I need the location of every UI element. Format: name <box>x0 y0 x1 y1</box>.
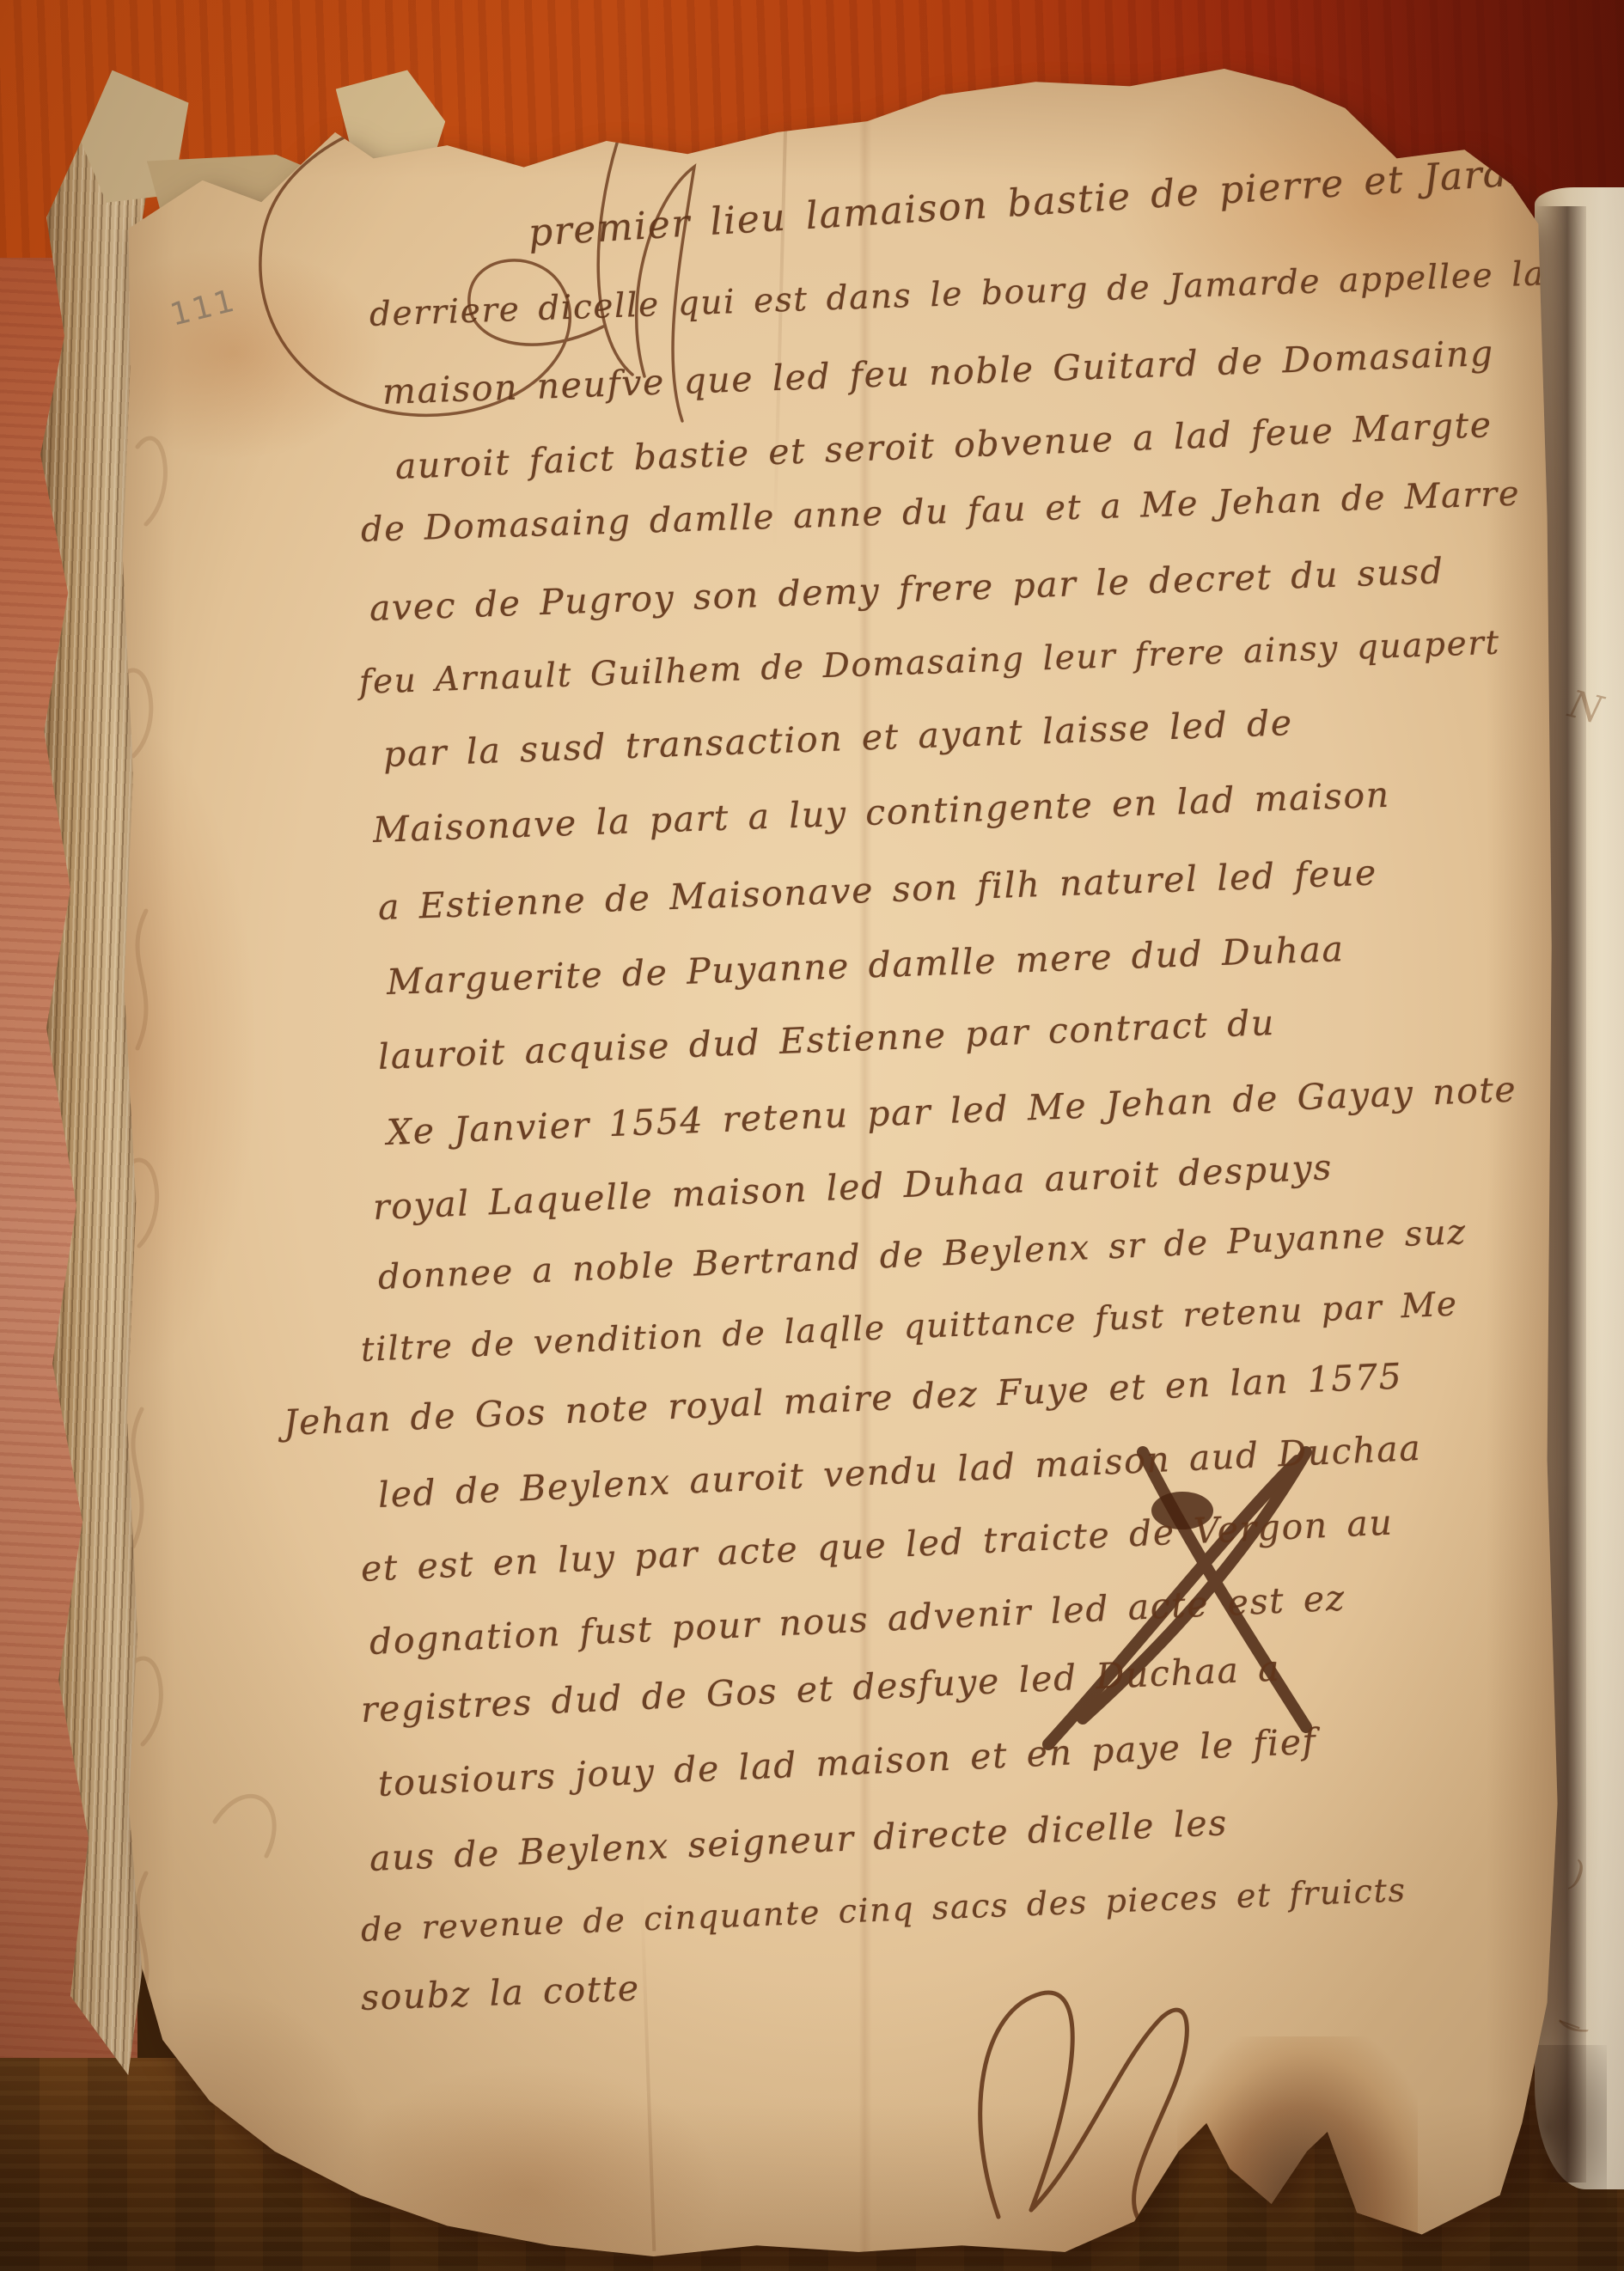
text-line: Xe Janvier 1554 retenu par led Me Jehan … <box>386 1068 1517 1152</box>
text-line: lauroit acquise dud Estienne par contrac… <box>377 1002 1276 1078</box>
text-line: aus de Beylenx seigneur directe dicelle … <box>369 1802 1229 1879</box>
text-line: Marguerite de Puyanne damlle mere dud Du… <box>386 928 1345 1003</box>
text-line: de revenue de cinquante cinq sacs des pi… <box>360 1871 1407 1949</box>
text-line: donnee a noble Bertrand de Beylenx sr de… <box>377 1212 1468 1297</box>
text-line: par la susd transaction et ayant laisse … <box>382 702 1293 775</box>
paper-crease <box>772 103 788 550</box>
text-line: tiltre de vendition de laqlle quittance … <box>360 1285 1458 1370</box>
text-line: avec de Pugroy son demy frere par le dec… <box>369 550 1444 629</box>
text-line: royal Laquelle maison led Duhaa auroit d… <box>372 1146 1334 1228</box>
text-line: tousiours jouy de lad maison et en paye … <box>377 1720 1317 1804</box>
paper-crease <box>640 1890 656 2251</box>
text-line: de Domasaing damlle anne du fau et a Me … <box>360 474 1521 550</box>
text-line: feu Arnault Guilhem de Domasaing leur fr… <box>358 624 1500 702</box>
text-line: a Estienne de Maisonave son filh naturel… <box>377 852 1377 928</box>
text-line: Maisonave la part a luy contingente en l… <box>372 774 1390 851</box>
text-line: soubz la cotte <box>360 1968 640 2018</box>
manuscript-page: 111 <box>86 69 1560 2256</box>
manuscript-photo: N ) ͟‿ 111 <box>0 0 1624 2271</box>
